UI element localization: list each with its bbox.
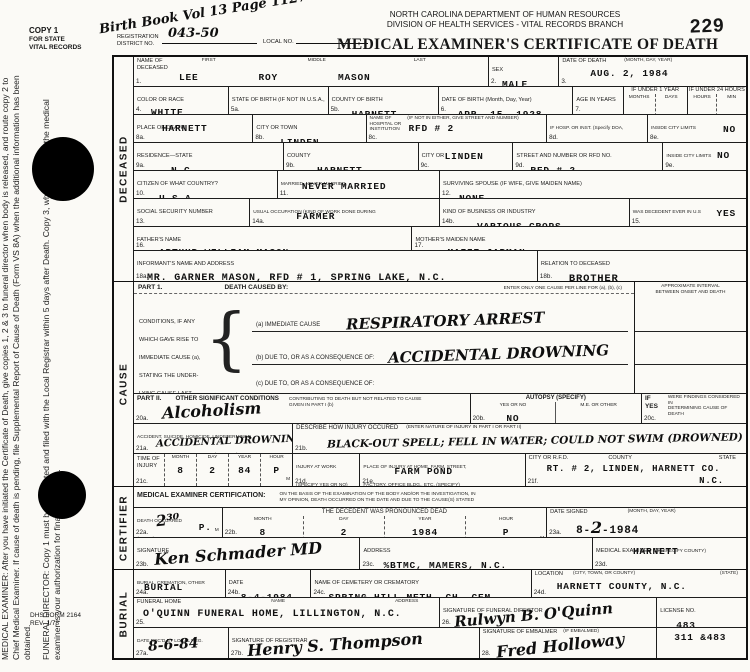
lbl: NAME bbox=[271, 599, 285, 606]
redaction-blob bbox=[32, 137, 94, 201]
field-county-of-birth: COUNTY OF BIRTHHARNETT5b. bbox=[329, 87, 439, 114]
lbl: DATE OF BIRTH (Month, Day, Year) bbox=[442, 97, 532, 103]
field-findings-considered: IF YESWERE FINDINGS CONSIDERED IN DETERM… bbox=[642, 394, 746, 423]
val: U.S.A. bbox=[159, 193, 275, 198]
val: 2 bbox=[591, 518, 602, 537]
num: 28. bbox=[482, 650, 491, 657]
val: P bbox=[503, 527, 510, 537]
val: BURIAL bbox=[144, 582, 183, 593]
lbl: HOUR bbox=[466, 517, 546, 522]
field-embalmer-license-no: 311 &483 bbox=[657, 628, 746, 658]
num: 22a. bbox=[136, 529, 148, 536]
field-if-under-1-year: IF UNDER 1 YEAR MONTHSDAYS bbox=[624, 87, 688, 114]
field-funeral-director-signature: SIGNATURE OF FUNERAL DIRECTORRulwyn B. O… bbox=[440, 598, 657, 627]
val: NONE bbox=[459, 193, 744, 198]
field-manner-of-death: ACCIDENT, SUICIDE, HOMICIDE, UNDETERMINE… bbox=[134, 424, 293, 453]
field-pronounced-dead: THE DECEDENT WAS PRONOUNCED DEAD MONTH8 … bbox=[223, 508, 547, 537]
department-header: NORTH CAROLINA DEPARTMENT OF HUMAN RESOU… bbox=[340, 10, 670, 31]
lbl: NAME OF HOSPITAL OR INSTITUTION bbox=[370, 116, 402, 133]
val: VARIOUS CROPS bbox=[477, 221, 627, 226]
lbl: IF HOSP. OR INST. (Specify DOA, Emer. Rm… bbox=[550, 126, 623, 142]
num: 21a. bbox=[136, 445, 148, 452]
subfield-min: MIN bbox=[716, 94, 746, 114]
underline bbox=[162, 43, 257, 44]
field-residence-street: STREET AND NUMBER OR RFD NO.RFD # 29d. bbox=[513, 143, 663, 170]
field-citizen-of-country: CITIZEN OF WHAT COUNTRY?U.S.A.10. bbox=[134, 171, 278, 198]
lbl: CITY OR TOWN bbox=[256, 125, 297, 131]
num: 9c. bbox=[421, 162, 429, 169]
subfield-injury-hour: HOURPM bbox=[260, 454, 292, 486]
lbl: SEX bbox=[492, 67, 503, 73]
subfield-days: DAYS bbox=[655, 94, 687, 114]
field-date-of-birth: DATE OF BIRTH (Month, Day, Year)APR. 15,… bbox=[439, 87, 574, 114]
num: 21d. bbox=[295, 478, 307, 485]
val: NO bbox=[717, 150, 730, 161]
val: HARNETT bbox=[633, 546, 679, 557]
lbl: SIGNATURE OF EMBALMER bbox=[483, 629, 558, 636]
lbl: (CITY, TOWN, OR COUNTY) bbox=[573, 571, 635, 578]
val: 483 bbox=[676, 620, 744, 627]
num: 5a. bbox=[231, 106, 240, 113]
lbl: (STATE) bbox=[720, 571, 738, 578]
lbl: (b) DUE TO, OR AS A CONSEQUENCE OF: bbox=[256, 355, 374, 362]
lbl: CITY OR R.F.D. bbox=[529, 455, 569, 462]
lbl: MIN bbox=[717, 95, 746, 100]
lbl: (a) IMMEDIATE CAUSE bbox=[256, 322, 320, 329]
val: RFD # 2 bbox=[530, 165, 660, 170]
field-cemetery-name: NAME OF CEMETERY OR CREMATORYSPRING HILL… bbox=[311, 570, 531, 597]
interval-line bbox=[635, 364, 746, 365]
num: 3. bbox=[561, 78, 566, 85]
val: HARNETT COUNTY, N.C. bbox=[557, 581, 744, 592]
lbl: HOUR bbox=[261, 455, 292, 460]
val: P bbox=[273, 465, 280, 476]
lbl: NAME OF CEMETERY OR CREMATORY bbox=[314, 580, 419, 586]
num: 24b. bbox=[228, 589, 240, 596]
val: AUG. 2, 1984 bbox=[590, 68, 744, 79]
lbl: SURVIVING SPOUSE (IF WIFE, GIVE MAIDEN N… bbox=[443, 181, 582, 187]
field-autopsy: AUTOPSY (SPECIFY) YES OR NONO M.E. OR OT… bbox=[471, 394, 642, 423]
lbl: IF UNDER 24 HOURS bbox=[688, 87, 746, 94]
subfield-injury-month: MONTH8 bbox=[164, 454, 196, 486]
lbl: NORTH CAROLINA DEPARTMENT OF HUMAN RESOU… bbox=[340, 10, 670, 20]
section-label-cause: CAUSE bbox=[114, 282, 134, 486]
field-injury-location: CITY OR R.F.D.COUNTYSTATE RT. # 2, LINDE… bbox=[526, 454, 746, 486]
lbl: VITAL RECORDS bbox=[29, 44, 82, 52]
lbl: DESCRIBE HOW INJURY OCCURED bbox=[296, 425, 398, 432]
num: 9a. bbox=[136, 162, 145, 169]
num: 20a. bbox=[136, 415, 148, 422]
field-fathers-name: FATHER'S NAMEARTHUR WILLIAM MASON16. bbox=[134, 227, 412, 250]
val: 2 bbox=[341, 527, 348, 537]
num: 14b. bbox=[442, 218, 454, 225]
lbl: ADDRESS bbox=[395, 599, 418, 606]
field-surviving-spouse: SURVIVING SPOUSE (IF WIFE, GIVE MAIDEN N… bbox=[440, 171, 746, 198]
lbl: LAST bbox=[414, 58, 426, 71]
field-me-county: MEDICAL EXAMINER OF(SPECIFY COUNTY)HARNE… bbox=[593, 538, 746, 569]
val: %BTMC, MAMERS, N.C. bbox=[383, 560, 590, 569]
val: BROTHER bbox=[569, 273, 744, 281]
field-inside-city-limits-residence: INSIDE CITY LIMITS (Specify Yes or No)NO… bbox=[663, 143, 746, 170]
field-residence-county: COUNTYHARNETT9b. bbox=[284, 143, 419, 170]
lbl: MEDICAL EXAMINER CERTIFICATION: bbox=[137, 492, 265, 500]
lbl: KIND OF BUSINESS OR INDUSTRY bbox=[443, 209, 536, 215]
section-label-deceased: DECEASED bbox=[114, 57, 134, 281]
field-embalmer-signature: SIGNATURE OF EMBALMER(IF EMBALMED)Fred H… bbox=[480, 628, 657, 658]
num: 8e. bbox=[650, 134, 659, 141]
lbl: ENTER ONLY ONE CAUSE PER LINE FOR (a), (… bbox=[504, 286, 622, 292]
num: 12. bbox=[442, 190, 451, 197]
field-if-hosp-or-inst: IF HOSP. OR INST. (Specify DOA, Emer. Rm… bbox=[547, 115, 648, 142]
section-deceased: DECEASED NAME OF DECEASEDFIRSTMIDDLELAST… bbox=[114, 57, 746, 282]
val: 2 bbox=[209, 465, 216, 476]
val: BLACK-OUT SPELL; FELL IN WATER; COULD NO… bbox=[327, 431, 743, 450]
num: 13. bbox=[136, 218, 145, 225]
val: Alcoholism bbox=[162, 398, 262, 422]
lbl: FOR STATE bbox=[29, 36, 82, 44]
val: ROY bbox=[259, 72, 279, 83]
certificate-number-stamp: 229 bbox=[690, 15, 725, 38]
val: RT. # 2, LINDEN, HARNETT CO. bbox=[547, 464, 744, 474]
num: 21c. bbox=[136, 478, 148, 485]
lbl: MONTH bbox=[223, 517, 303, 522]
section-label-burial: BURIAL bbox=[114, 570, 134, 658]
lbl: CONTRIBUTING TO DEATH BUT NOT RELATED TO… bbox=[289, 397, 422, 408]
val: LINDEN bbox=[280, 137, 363, 142]
subfield-injury-day: DAY2 bbox=[196, 454, 228, 486]
lbl: APPROXIMATE INTERVAL BETWEEN ONSET AND D… bbox=[635, 284, 746, 295]
field-residence-state: RESIDENCE—STATEN.C.9a. bbox=[134, 143, 284, 170]
lbl: DAY bbox=[197, 455, 228, 460]
lbl: DATE SIGNED bbox=[550, 509, 588, 516]
field-injury-at-work: INJURY AT WORK (SPECIFY YES OR NO)21d. bbox=[293, 454, 360, 486]
val: MASON bbox=[338, 72, 371, 83]
subfield-injury-year: YEAR84 bbox=[228, 454, 260, 486]
field-place-of-death-county: PLACE OF DEATH COUNTYHARNETT8a. bbox=[134, 115, 253, 142]
num: 23b. bbox=[136, 561, 148, 568]
section-label-certifier: CERTIFIER bbox=[114, 487, 134, 569]
field-marital-status: MARRIED, NEVER MARRIED, WIDOWED, DIVORCE… bbox=[278, 171, 440, 198]
field-color-race: COLOR OR RACEWHITE4. bbox=[134, 87, 229, 114]
num: 16. bbox=[136, 242, 145, 249]
interval-line bbox=[635, 331, 746, 332]
val: RFD # 2 bbox=[409, 123, 455, 134]
field-how-injury-occurred: DESCRIBE HOW INJURY OCCURED(ENTER NATURE… bbox=[293, 424, 746, 453]
val: LINDEN bbox=[445, 151, 484, 162]
lbl: M bbox=[286, 477, 290, 483]
field-death-occurred-hour: DEATH OCCURRED (HOUR) 2³⁰ P. M 22a. bbox=[134, 508, 223, 537]
lbl: DIVISION OF HEALTH SERVICES - VITAL RECO… bbox=[340, 20, 670, 30]
cause-line-b: (b) DUE TO, OR AS A CONSEQUENCE OF: ACCI… bbox=[252, 332, 628, 365]
num: 18b. bbox=[540, 273, 552, 280]
lbl: IF UNDER 1 YEAR bbox=[624, 87, 687, 94]
num: 2. bbox=[491, 78, 496, 85]
num: 21f. bbox=[528, 478, 539, 485]
lbl: (c) DUE TO, OR AS A CONSEQUENCE OF: bbox=[256, 381, 374, 388]
cause-line-c: (c) DUE TO, OR AS A CONSEQUENCE OF: bbox=[252, 365, 628, 391]
lbl: REGISTRATION bbox=[117, 34, 159, 41]
num: 9d. bbox=[515, 162, 524, 169]
lbl: STATE OF BIRTH (IF NOT IN U.S.A., NAME C… bbox=[232, 97, 325, 114]
num: 9b. bbox=[286, 162, 295, 169]
num: 21e. bbox=[362, 478, 374, 485]
val: FARM POND bbox=[394, 466, 453, 477]
num: 14a. bbox=[252, 218, 264, 225]
val: HARNETT bbox=[162, 123, 208, 134]
lbl: MONTHS bbox=[624, 95, 655, 100]
field-funeral-home: FUNERAL HOMENAMEADDRESSO'QUINN FUNERAL H… bbox=[134, 598, 440, 627]
lbl: STREET AND NUMBER OR RFD NO. bbox=[516, 153, 611, 159]
field-place-of-injury: PLACE OF INJURY AT HOME, FARM, STREET, F… bbox=[360, 454, 525, 486]
lbl: MONTH bbox=[165, 455, 196, 460]
subfield-autopsy-me-or-other: M.E. OR OTHER bbox=[555, 402, 641, 423]
num: 7. bbox=[575, 106, 580, 113]
field-place-of-death-city: CITY OR TOWNLINDEN8b. bbox=[253, 115, 366, 142]
val: FARMER bbox=[296, 211, 335, 222]
num: 9e. bbox=[665, 162, 674, 169]
val: MAZIE JARMAN bbox=[447, 247, 744, 250]
val: P. bbox=[199, 522, 212, 533]
val: HARNETT bbox=[317, 165, 416, 170]
section-certifier: CERTIFIER MEDICAL EXAMINER CERTIFICATION… bbox=[114, 487, 746, 570]
lbl: ON THE BASIS OF THE EXAMINATION OF THE B… bbox=[279, 492, 475, 503]
val: 2³⁰ bbox=[155, 510, 180, 530]
num: 17. bbox=[414, 242, 423, 249]
lbl: THE DECEDENT WAS PRONOUNCED DEAD bbox=[223, 509, 546, 516]
lbl: PART 1. bbox=[138, 284, 162, 292]
val: YES bbox=[716, 208, 736, 219]
num: 23c. bbox=[362, 561, 374, 568]
lbl: COPY 1 bbox=[29, 26, 82, 36]
lbl: RELATION TO DECEASED bbox=[541, 261, 610, 267]
num: 23d. bbox=[595, 561, 607, 568]
lbl: AGE IN YEARS LAST BIRTHDAY bbox=[576, 97, 619, 114]
val: NO bbox=[723, 124, 736, 135]
field-kind-of-business: KIND OF BUSINESS OR INDUSTRYVARIOUS CROP… bbox=[440, 199, 630, 226]
val: NO bbox=[506, 413, 519, 423]
lbl: MOTHER'S MAIDEN NAME bbox=[415, 237, 485, 243]
field-sex: SEX MALE 2. bbox=[489, 57, 559, 86]
num: 10. bbox=[136, 190, 145, 197]
registration-district-value: 043-50 bbox=[168, 26, 219, 41]
num: 8a. bbox=[136, 134, 145, 141]
lbl: CITIZEN OF WHAT COUNTRY? bbox=[137, 181, 218, 187]
subfield-pronounced-year: YEAR1984 bbox=[384, 516, 465, 537]
lbl: M bbox=[540, 536, 544, 537]
field-date-of-death: DATE OF DEATH(MONTH, DAY, YEAR) AUG. 2, … bbox=[559, 57, 746, 86]
redaction-blob bbox=[38, 471, 86, 519]
lbl: WAS DECEDENT EVER IN U.S ARMED FORCES? (… bbox=[633, 210, 701, 226]
lbl: M.E. OR OTHER bbox=[556, 403, 641, 408]
num: 21b. bbox=[295, 445, 307, 452]
num: 27a. bbox=[136, 650, 148, 657]
cause-line-a: (a) IMMEDIATE CAUSE RESPIRATORY ARREST bbox=[252, 298, 628, 332]
field-me-certification: MEDICAL EXAMINER CERTIFICATION: ON THE B… bbox=[134, 487, 746, 507]
val: RESPIRATORY ARREST bbox=[346, 308, 545, 333]
field-mothers-maiden-name: MOTHER'S MAIDEN NAMEMAZIE JARMAN17. bbox=[412, 227, 746, 250]
field-armed-forces: WAS DECEDENT EVER IN U.S ARMED FORCES? (… bbox=[630, 199, 746, 226]
lbl: SOCIAL SECURITY NUMBER bbox=[137, 209, 213, 215]
lbl: M bbox=[215, 528, 219, 534]
section-cause: CAUSE PART 1. DEATH CAUSED BY: ENTER ONL… bbox=[114, 282, 746, 487]
field-me-signature: SIGNATUREKen Schmader MD23b. bbox=[134, 538, 360, 569]
lbl: DISTRICT NO. bbox=[117, 41, 159, 48]
lbl: AUTOPSY (SPECIFY) bbox=[471, 395, 641, 402]
lbl: DAY bbox=[304, 517, 384, 522]
num: 20b. bbox=[473, 415, 485, 422]
medical-examiner-instruction: MEDICAL EXAMINER: After you have initiat… bbox=[0, 72, 34, 660]
val: 8 bbox=[177, 465, 184, 476]
num: 18a. bbox=[136, 273, 148, 280]
subfield-pronounced-hour: HOURPM bbox=[465, 516, 546, 537]
field-state-of-birth: STATE OF BIRTH (IF NOT IN U.S.A., NAME C… bbox=[229, 87, 329, 114]
val: Rulwyn B. O'Quinn bbox=[454, 599, 614, 627]
num: 27b. bbox=[231, 650, 243, 657]
brace-glyph: { bbox=[205, 306, 248, 374]
num: 8d. bbox=[549, 134, 558, 141]
field-informant: INFORMANT'S NAME AND ADDRESSMR. GARNER M… bbox=[134, 251, 538, 281]
val: MALE bbox=[502, 79, 556, 86]
val: 311 &483 bbox=[674, 632, 744, 643]
num: 5b. bbox=[331, 106, 340, 113]
num: 1. bbox=[136, 78, 141, 85]
val: 1984 bbox=[412, 527, 438, 537]
lbl: LICENSE NO. bbox=[660, 608, 695, 614]
num: 11. bbox=[280, 190, 288, 197]
num: 8b. bbox=[255, 134, 264, 141]
field-me-address: ADDRESS%BTMC, MAMERS, N.C.23c. bbox=[360, 538, 593, 569]
val: Ken Schmader MD bbox=[154, 538, 323, 569]
val: APR. 15, 1928 bbox=[458, 109, 571, 114]
val: SPRING HILL METH. CH. CEM. bbox=[328, 592, 528, 597]
val: Henry S. Thompson bbox=[246, 629, 423, 658]
lbl: MIDDLE bbox=[308, 58, 326, 71]
field-date-signed: DATE SIGNED(MONTH, DAY, YEAR) 8-2-1984 2… bbox=[547, 508, 746, 537]
copy-label: COPY 1 FOR STATE VITAL RECORDS bbox=[29, 26, 82, 52]
lbl: RESIDENCE—STATE bbox=[137, 153, 192, 159]
lbl: CONDITIONS, IF ANY WHICH GAVE RISE TO IM… bbox=[139, 319, 200, 393]
num: 22b. bbox=[225, 529, 237, 536]
field-burial-cremation: BURIAL, CREMATION, OTHER (SPECIFY)BURIAL… bbox=[134, 570, 226, 597]
lbl: COUNTY OF BIRTH bbox=[332, 97, 383, 103]
lbl: (MONTH, DAY, YEAR) bbox=[628, 509, 676, 516]
num: 20c. bbox=[644, 415, 656, 422]
num: 4. bbox=[136, 106, 141, 113]
val: O'QUINN FUNERAL HOME, LILLINGTON, N.C. bbox=[143, 609, 437, 620]
subfield-hours: HOURS bbox=[688, 94, 717, 114]
val: NEVER MARRIED bbox=[302, 181, 387, 192]
val: 8- bbox=[576, 525, 591, 537]
num: 6. bbox=[441, 106, 446, 113]
lbl: YEAR bbox=[385, 517, 465, 522]
field-residence-city: CITY OR TOWNLINDEN9c. bbox=[419, 143, 514, 170]
lbl: DAYS bbox=[656, 95, 687, 100]
num: 8c. bbox=[369, 134, 377, 141]
lbl: COUNTY bbox=[287, 153, 311, 159]
subfield-pronounced-day: DAY2 bbox=[303, 516, 384, 537]
registration-district: REGISTRATION DISTRICT NO. bbox=[117, 34, 159, 47]
num: 25. bbox=[136, 619, 145, 626]
lbl: INFORMANT'S NAME AND ADDRESS bbox=[137, 261, 234, 267]
val: 8-6-84 bbox=[148, 635, 200, 654]
lbl: YES OR NO bbox=[471, 403, 556, 408]
lbl: HOURS bbox=[688, 95, 717, 100]
field-death-caused-by: PART 1. DEATH CAUSED BY: ENTER ONLY ONE … bbox=[134, 282, 746, 393]
val: N.C. bbox=[171, 165, 281, 170]
lbl: DATE bbox=[229, 580, 244, 586]
lbl: LOCATION bbox=[535, 571, 563, 578]
subfield-months: MONTHS bbox=[624, 94, 655, 114]
lbl: (MONTH, DAY, YEAR) bbox=[624, 58, 672, 65]
num: 15. bbox=[632, 218, 641, 225]
field-conditions-note: CONDITIONS, IF ANY WHICH GAVE RISE TO IM… bbox=[134, 294, 244, 393]
certificate-form: DECEASED NAME OF DECEASEDFIRSTMIDDLELAST… bbox=[112, 55, 748, 660]
num: 26. bbox=[442, 619, 451, 626]
val: MR. GARNER MASON, RFD # 1, SPRING LAKE, … bbox=[147, 273, 535, 281]
num: 23a. bbox=[549, 529, 561, 536]
num: 24c. bbox=[313, 589, 325, 596]
field-burial-date: DATE8-4-198424b. bbox=[226, 570, 312, 597]
val: 8 bbox=[260, 527, 267, 537]
field-registrar-signature: SIGNATURE OF REGISTRARHenry S. Thompson2… bbox=[229, 628, 480, 658]
field-name-of-deceased: NAME OF DECEASEDFIRSTMIDDLELAST LEEROYMA… bbox=[134, 57, 489, 86]
val: N.C. bbox=[699, 476, 724, 486]
field-usual-occupation: USUAL OCCUPATION (KIND OF WORK DONE DURI… bbox=[250, 199, 440, 226]
form-revision: REV. 1/78 bbox=[30, 620, 81, 628]
field-if-under-24-hours: IF UNDER 24 HOURS HOURSMIN bbox=[688, 87, 746, 114]
local-no-label: LOCAL NO. bbox=[263, 39, 294, 45]
field-cemetery-location: LOCATION(CITY, TOWN, OR COUNTY)(STATE)HA… bbox=[532, 570, 746, 597]
certificate-title: MEDICAL EXAMINER'S CERTIFICATE OF DEATH bbox=[337, 36, 747, 54]
field-social-security-number: SOCIAL SECURITY NUMBER13. bbox=[134, 199, 250, 226]
field-fd-license-no: LICENSE NO.483 bbox=[657, 598, 746, 627]
num: 24a. bbox=[136, 589, 148, 596]
val: LEE bbox=[179, 72, 199, 83]
val: WHITE bbox=[151, 107, 226, 114]
lbl: FUNERAL HOME bbox=[137, 599, 181, 606]
death-certificate-page: COPY 1 FOR STATE VITAL RECORDS MEDICAL E… bbox=[0, 0, 750, 672]
field-hospital-or-institution: NAME OF HOSPITAL OR INSTITUTION(IF NOT I… bbox=[367, 115, 548, 142]
form-id: DHS FORM 2164 REV. 1/78 bbox=[30, 612, 81, 629]
num: 24d. bbox=[534, 589, 546, 596]
field-relation-to-deceased: RELATION TO DECEASEDBROTHER18b. bbox=[538, 251, 746, 281]
lbl: DEATH CAUSED BY: bbox=[224, 284, 288, 292]
field-other-significant-conditions: PART II.OTHER SIGNIFICANT CONDITIONSCONT… bbox=[134, 394, 471, 423]
form-number: DHS FORM 2164 bbox=[30, 612, 81, 620]
lbl: STATE bbox=[719, 455, 736, 462]
val: ACCIDENTAL DROWNING bbox=[388, 341, 610, 367]
lbl: ADDRESS bbox=[363, 548, 390, 554]
field-approximate-interval: APPROXIMATE INTERVAL BETWEEN ONSET AND D… bbox=[634, 282, 746, 393]
field-date-received-local-registrar: DATE REC'D BY LOCAL REG.8-6-8427a. bbox=[134, 628, 229, 658]
lbl: YEAR bbox=[229, 455, 260, 460]
field-inside-city-limits-death: INSIDE CITY LIMITS (SPECIFY YES OR NO)NO… bbox=[648, 115, 746, 142]
lbl: FIRST bbox=[202, 58, 216, 71]
val: 8-4-1984 bbox=[241, 592, 309, 597]
lbl: NAME OF DECEASED bbox=[137, 58, 168, 71]
val: ARTHUR WILLIAM MASON bbox=[159, 247, 409, 250]
field-time-of-injury: TIME OF INJURY MONTH8 DAY2 YEAR84 HOURPM… bbox=[134, 454, 293, 486]
val: HARNETT bbox=[352, 109, 436, 114]
val: 84 bbox=[238, 465, 251, 476]
lbl: WERE FINDINGS CONSIDERED IN DETERMINING … bbox=[668, 395, 744, 418]
section-burial: BURIAL BURIAL, CREMATION, OTHER (SPECIFY… bbox=[114, 570, 746, 658]
val: -1984 bbox=[602, 525, 639, 537]
lbl: PART II. bbox=[137, 395, 161, 403]
lbl: DATE OF DEATH bbox=[562, 58, 606, 65]
field-age: AGE IN YEARS LAST BIRTHDAY567. bbox=[573, 87, 623, 114]
lbl: (ENTER NATURE OF INJURY IN PART I OR PAR… bbox=[406, 425, 521, 432]
